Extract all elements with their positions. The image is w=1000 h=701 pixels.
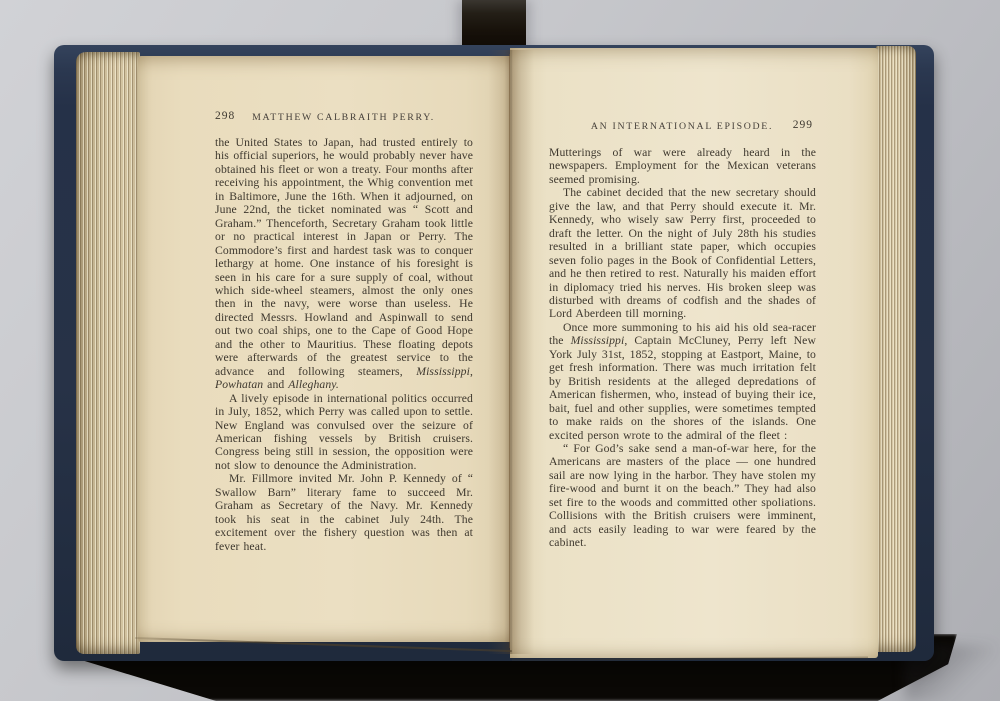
- text-run: The cabinet decided that the new secreta…: [549, 186, 816, 320]
- gutter-crease: [509, 54, 510, 648]
- left-page-header: 298 MATTHEW CALBRAITH PERRY.: [215, 110, 472, 126]
- italic-ship-name: Mississippi: [416, 365, 470, 378]
- text-run: “ For God’s sake send a man-of-war here,…: [549, 442, 816, 549]
- left-page-text: the United States to Japan, had trusted …: [215, 136, 473, 553]
- page-edges-left: [76, 52, 140, 654]
- photo-background: 298 MATTHEW CALBRAITH PERRY. AN INTERNAT…: [0, 0, 1000, 701]
- gutter-shadow: [488, 50, 534, 654]
- italic-ship-name: Mississippi: [571, 334, 625, 347]
- running-title-left: MATTHEW CALBRAITH PERRY.: [215, 110, 472, 123]
- paragraph: Once more summoning to his aid his old s…: [549, 321, 816, 442]
- italic-ship-name: Powhatan: [215, 378, 263, 391]
- text-run: and: [263, 378, 288, 391]
- running-title-right: AN INTERNATIONAL EPISODE.: [549, 119, 815, 132]
- text-run: , Captain McCluney, Perry left New York …: [549, 334, 816, 441]
- right-page-text: Mutterings of war were already heard in …: [549, 146, 816, 550]
- paragraph: A lively episode in international politi…: [215, 392, 473, 473]
- text-run: A lively episode in international politi…: [215, 392, 473, 472]
- italic-ship-name: Alleghany.: [288, 378, 339, 391]
- paragraph: the United States to Japan, had trusted …: [215, 136, 473, 392]
- paragraph: Mr. Fillmore invited Mr. John P. Kennedy…: [215, 472, 473, 553]
- text-run: the United States to Japan, had trusted …: [215, 136, 473, 378]
- text-run: Mr. Fillmore invited Mr. John P. Kennedy…: [215, 472, 473, 552]
- text-run: ,: [470, 365, 473, 378]
- paragraph: “ For God’s sake send a man-of-war here,…: [549, 442, 816, 550]
- page-number-left: 298: [215, 110, 235, 122]
- right-page-header: AN INTERNATIONAL EPISODE. 299: [549, 119, 815, 135]
- paragraph: Mutterings of war were already heard in …: [549, 146, 816, 186]
- page-edges-right: [876, 46, 916, 652]
- text-run: Mutterings of war were already heard in …: [549, 146, 816, 186]
- paragraph: The cabinet decided that the new secreta…: [549, 186, 816, 321]
- page-number-right: 299: [793, 119, 813, 131]
